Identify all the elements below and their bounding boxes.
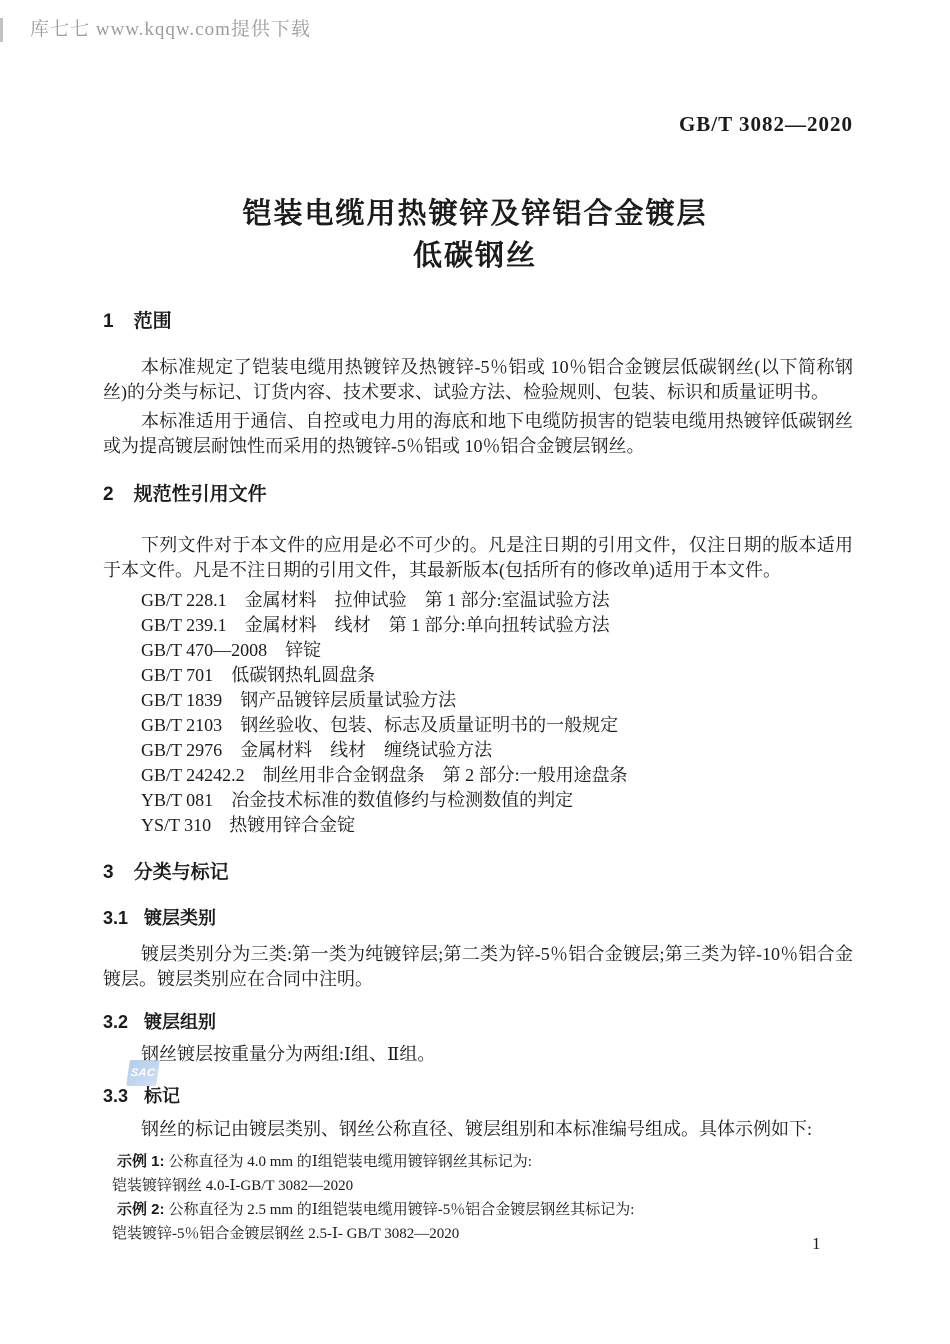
- reference-code: GB/T 24242.2: [141, 765, 245, 785]
- title-line-1: 铠装电缆用热镀锌及锌铝合金镀层: [0, 193, 950, 235]
- reference-title: 低碳钢热轧圆盘条: [231, 665, 375, 685]
- reference-title: 制丝用非合金钢盘条 第 2 部分:一般用途盘条: [263, 765, 628, 785]
- section-3-3-paragraph: 钢丝的标记由镀层类别、钢丝公称直径、镀层组别和本标准编号组成。具体示例如下:: [103, 1117, 853, 1142]
- section-2-heading: 2规范性引用文件: [103, 483, 853, 507]
- reference-item: GB/T 470—2008锌锭: [103, 638, 853, 663]
- reference-item: YS/T 310热镀用锌合金锭: [103, 813, 853, 838]
- section-3-3-heading: 3.3标记: [103, 1084, 853, 1108]
- reference-code: GB/T 2103: [141, 715, 222, 735]
- section-number: 2: [103, 484, 114, 505]
- reference-item: GB/T 1839钢产品镀锌层质量试验方法: [103, 688, 853, 713]
- reference-title: 热镀用锌合金锭: [229, 815, 355, 835]
- sac-logo-watermark: SAC: [126, 1060, 160, 1086]
- section-number: 3: [103, 862, 114, 883]
- document-title: 铠装电缆用热镀锌及锌铝合金镀层 低碳钢丝: [0, 193, 950, 277]
- example-2-label: 示例 2:: [117, 1201, 165, 1218]
- reference-title: 金属材料 拉伸试验 第 1 部分:室温试验方法: [245, 590, 610, 610]
- reference-title: 金属材料 线材 缠绕试验方法: [240, 740, 492, 760]
- section-1-paragraph-1: 本标准规定了铠装电缆用热镀锌及热镀锌-5％铝或 10％铝合金镀层低碳钢丝(以下简…: [103, 355, 853, 405]
- reference-item: GB/T 239.1金属材料 线材 第 1 部分:单向扭转试验方法: [103, 613, 853, 638]
- scan-artifact: [0, 18, 3, 42]
- section-title: 标记: [144, 1086, 180, 1106]
- normative-references-list: GB/T 228.1金属材料 拉伸试验 第 1 部分:室温试验方法 GB/T 2…: [103, 588, 853, 838]
- reference-code: GB/T 239.1: [141, 615, 227, 635]
- reference-code: GB/T 701: [141, 665, 213, 685]
- section-title: 镀层组别: [144, 1012, 216, 1032]
- section-3-1-heading: 3.1镀层类别: [103, 906, 853, 930]
- section-number: 1: [103, 311, 114, 332]
- reference-title: 钢产品镀锌层质量试验方法: [240, 690, 456, 710]
- section-3-1-paragraph: 镀层类别分为三类:第一类为纯镀锌层;第二类为锌-5％铝合金镀层;第三类为锌-10…: [103, 942, 853, 992]
- section-number: 3.3: [103, 1086, 128, 1106]
- example-2-text: 公称直径为 2.5 mm 的Ⅰ组铠装电缆用镀锌-5％铝合金镀层钢丝其标记为:: [169, 1202, 635, 1218]
- reference-item: GB/T 2976金属材料 线材 缠绕试验方法: [103, 738, 853, 763]
- reference-item: GB/T 228.1金属材料 拉伸试验 第 1 部分:室温试验方法: [103, 588, 853, 613]
- document-page: 库七七 www.kqqw.com提供下载 GB/T 3082—2020 铠装电缆…: [0, 0, 950, 1344]
- reference-title: 金属材料 线材 第 1 部分:单向扭转试验方法: [245, 615, 610, 635]
- reference-item: YB/T 081冶金技术标准的数值修约与检测数值的判定: [103, 788, 853, 813]
- section-1-paragraph-2: 本标准适用于通信、自控或电力用的海底和地下电缆防损害的铠装电缆用热镀锌低碳钢丝或…: [103, 409, 853, 459]
- section-3-2-heading: 3.2镀层组别: [103, 1010, 853, 1034]
- section-number: 3.1: [103, 908, 128, 928]
- download-watermark: 库七七 www.kqqw.com提供下载: [30, 14, 311, 41]
- example-1-description: 示例 1:公称直径为 4.0 mm 的Ⅰ组铠装电缆用镀锌钢丝其标记为:: [103, 1150, 863, 1174]
- example-2-description: 示例 2:公称直径为 2.5 mm 的Ⅰ组铠装电缆用镀锌-5％铝合金镀层钢丝其标…: [103, 1198, 863, 1222]
- section-3-heading: 3分类与标记: [103, 861, 853, 885]
- section-title: 分类与标记: [134, 862, 229, 883]
- standard-code: GB/T 3082—2020: [103, 112, 853, 137]
- example-1-text: 公称直径为 4.0 mm 的Ⅰ组铠装电缆用镀锌钢丝其标记为:: [169, 1154, 532, 1170]
- reference-item: GB/T 2103钢丝验收、包装、标志及质量证明书的一般规定: [103, 713, 853, 738]
- reference-title: 锌锭: [285, 640, 321, 660]
- section-1-heading: 1范围: [103, 310, 853, 334]
- example-1-label: 示例 1:: [117, 1153, 165, 1170]
- section-title: 规范性引用文件: [134, 484, 267, 505]
- section-3-2-paragraph: 钢丝镀层按重量分为两组:Ⅰ组、Ⅱ组。: [103, 1042, 853, 1067]
- reference-code: GB/T 2976: [141, 740, 222, 760]
- reference-title: 冶金技术标准的数值修约与检测数值的判定: [231, 790, 573, 810]
- example-2-designation: 铠装镀锌-5％铝合金镀层钢丝 2.5-Ⅰ- GB/T 3082—2020: [103, 1222, 863, 1246]
- reference-code: YS/T 310: [141, 815, 211, 835]
- reference-title: 钢丝验收、包装、标志及质量证明书的一般规定: [240, 715, 618, 735]
- section-title: 镀层类别: [144, 908, 216, 928]
- reference-code: GB/T 470—2008: [141, 640, 267, 660]
- reference-code: GB/T 1839: [141, 690, 222, 710]
- reference-item: GB/T 24242.2制丝用非合金钢盘条 第 2 部分:一般用途盘条: [103, 763, 853, 788]
- designation-examples: 示例 1:公称直径为 4.0 mm 的Ⅰ组铠装电缆用镀锌钢丝其标记为: 铠装镀锌…: [103, 1150, 863, 1246]
- section-title: 范围: [134, 311, 172, 332]
- section-number: 3.2: [103, 1012, 128, 1032]
- sac-logo-text: SAC: [130, 1067, 156, 1079]
- section-2-paragraph: 下列文件对于本文件的应用是必不可少的。凡是注日期的引用文件，仅注日期的版本适用于…: [103, 533, 853, 583]
- example-1-designation: 铠装镀锌钢丝 4.0-Ⅰ-GB/T 3082—2020: [103, 1174, 863, 1198]
- reference-item: GB/T 701低碳钢热轧圆盘条: [103, 663, 853, 688]
- reference-code: GB/T 228.1: [141, 590, 227, 610]
- reference-code: YB/T 081: [141, 790, 213, 810]
- page-number: 1: [812, 1234, 821, 1254]
- title-line-2: 低碳钢丝: [0, 235, 950, 277]
